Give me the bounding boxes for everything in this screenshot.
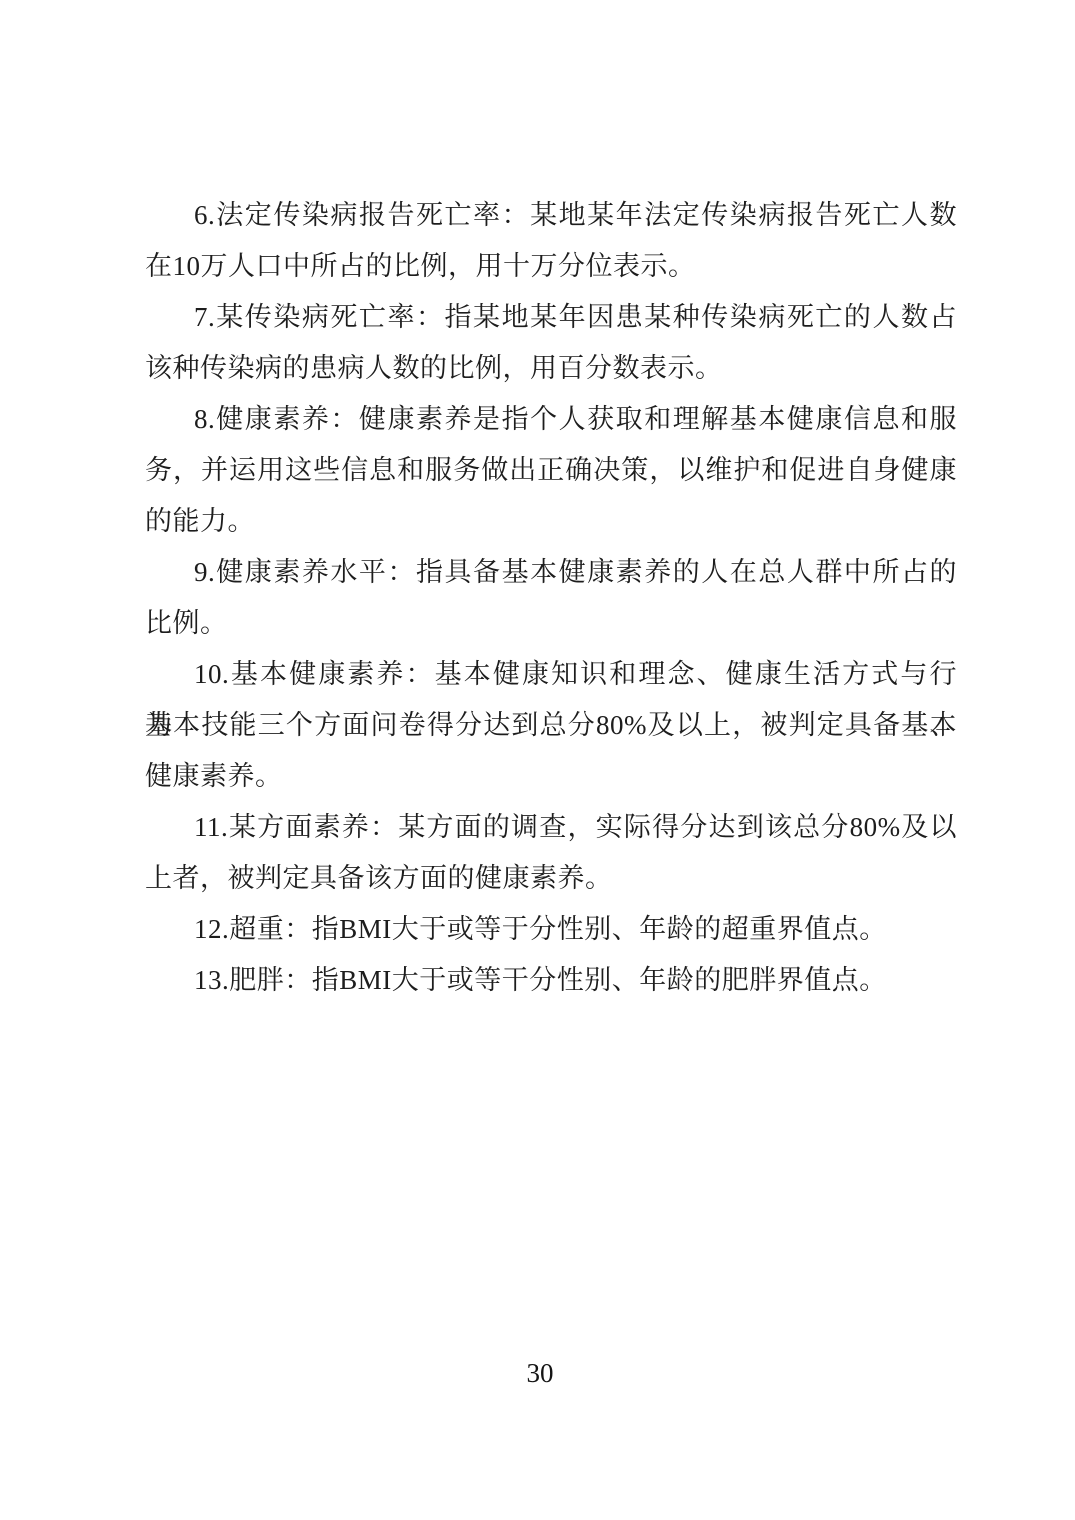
text-line: 9.健康素养水平：指具备基本健康素养的人在总人群中所占的 <box>145 547 957 598</box>
document-body: 6.法定传染病报告死亡率：某地某年法定传染病报告死亡人数在10万人口中所占的比例… <box>145 190 957 1006</box>
definition-paragraph: 8.健康素养：健康素养是指个人获取和理解基本健康信息和服务，并运用这些信息和服务… <box>145 394 957 547</box>
page-number: 30 <box>0 1356 1075 1390</box>
text-line: 13.肥胖：指BMI大于或等干分性别、年龄的肥胖界值点。 <box>145 955 957 1006</box>
definition-paragraph: 9.健康素养水平：指具备基本健康素养的人在总人群中所占的比例。 <box>145 547 957 649</box>
text-line: 10.基本健康素养：基本健康知识和理念、健康生活方式与行为、 <box>145 649 957 700</box>
text-line: 7.某传染病死亡率：指某地某年因患某种传染病死亡的人数占 <box>145 292 957 343</box>
definition-paragraph: 13.肥胖：指BMI大于或等干分性别、年龄的肥胖界值点。 <box>145 955 957 1006</box>
text-line: 该种传染病的患病人数的比例，用百分数表示。 <box>145 343 957 394</box>
definition-paragraph: 10.基本健康素养：基本健康知识和理念、健康生活方式与行为、基本技能三个方面问卷… <box>145 649 957 802</box>
definition-paragraph: 12.超重：指BMI大于或等于分性别、年龄的超重界值点。 <box>145 904 957 955</box>
text-line: 上者，被判定具备该方面的健康素养。 <box>145 853 957 904</box>
text-line: 务，并运用这些信息和服务做出正确决策，以维护和促进自身健康 <box>145 445 957 496</box>
text-line: 8.健康素养：健康素养是指个人获取和理解基本健康信息和服 <box>145 394 957 445</box>
text-line: 健康素养。 <box>145 751 957 802</box>
text-line: 11.某方面素养：某方面的调查，实际得分达到该总分80%及以 <box>145 802 957 853</box>
definition-paragraph: 7.某传染病死亡率：指某地某年因患某种传染病死亡的人数占该种传染病的患病人数的比… <box>145 292 957 394</box>
text-line: 6.法定传染病报告死亡率：某地某年法定传染病报告死亡人数 <box>145 190 957 241</box>
text-line: 12.超重：指BMI大于或等于分性别、年龄的超重界值点。 <box>145 904 957 955</box>
document-page: 6.法定传染病报告死亡率：某地某年法定传染病报告死亡人数在10万人口中所占的比例… <box>0 0 1075 1520</box>
definition-paragraph: 11.某方面素养：某方面的调查，实际得分达到该总分80%及以上者，被判定具备该方… <box>145 802 957 904</box>
text-line: 基本技能三个方面问卷得分达到总分80%及以上，被判定具备基本 <box>145 700 957 751</box>
text-line: 的能力。 <box>145 496 957 547</box>
definition-paragraph: 6.法定传染病报告死亡率：某地某年法定传染病报告死亡人数在10万人口中所占的比例… <box>145 190 957 292</box>
text-line: 比例。 <box>145 598 957 649</box>
text-line: 在10万人口中所占的比例，用十万分位表示。 <box>145 241 957 292</box>
